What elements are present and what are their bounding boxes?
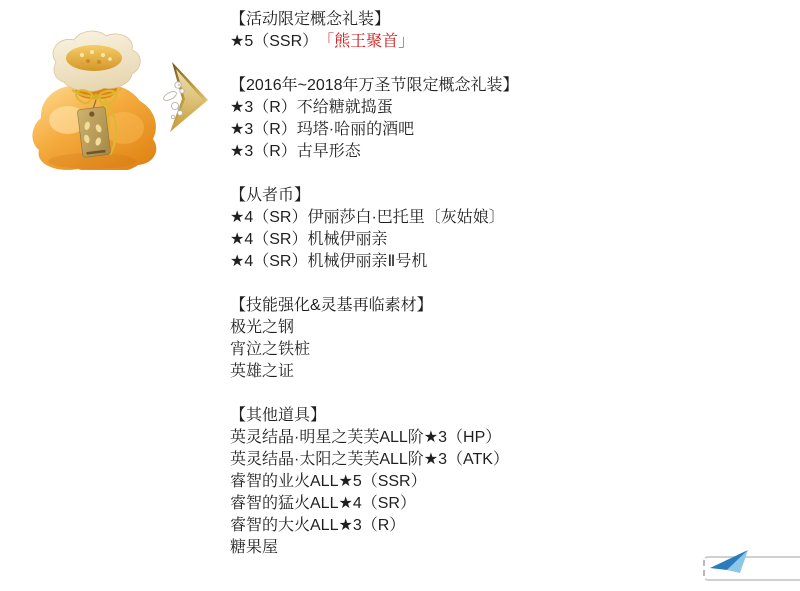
item-text: 极光之钢 bbox=[230, 319, 294, 336]
blue-cursor-arrow-icon bbox=[706, 548, 750, 575]
item-text: 睿智的大火ALL★3（R） bbox=[230, 517, 405, 534]
item-text: ★4（SR）机械伊丽亲Ⅱ号机 bbox=[230, 253, 427, 270]
page: 【活动限定概念礼装】★5（SSR） 「熊王聚首」【2016年~2018年万圣节限… bbox=[0, 0, 800, 591]
item-text: ★5（SSR） bbox=[230, 33, 326, 50]
gold-chevron-right-icon bbox=[162, 60, 212, 134]
item-line: ★3（R）玛塔·哈丽的酒吧 bbox=[230, 119, 650, 141]
item-text: ★3（R）玛塔·哈丽的酒吧 bbox=[230, 121, 414, 138]
section-header: 【2016年~2018年万圣节限定概念礼装】 bbox=[230, 75, 650, 97]
item-line: 英灵结晶·太阳之芙芙ALL阶★3（ATK） bbox=[230, 449, 650, 471]
item-text: 英雄之证 bbox=[230, 363, 294, 380]
item-text: ★4（SR）伊丽莎白·巴托里〔灰姑娘〕 bbox=[230, 209, 505, 226]
item-text: 睿智的猛火ALL★4（SR） bbox=[230, 495, 416, 512]
item-section: 【技能强化&灵基再临素材】极光之钢宵泣之铁桩英雄之证 bbox=[230, 295, 650, 383]
item-text: ★3（R）不给糖就捣蛋 bbox=[230, 99, 393, 116]
item-section: 【活动限定概念礼装】★5（SSR） 「熊王聚首」 bbox=[230, 9, 650, 53]
item-line: ★5（SSR） 「熊王聚首」 bbox=[230, 31, 650, 53]
item-text: 宵泣之铁桩 bbox=[230, 341, 310, 358]
item-text-highlighted: 「熊王聚首」 bbox=[326, 33, 414, 50]
item-list: 【活动限定概念礼装】★5（SSR） 「熊王聚首」【2016年~2018年万圣节限… bbox=[230, 9, 650, 581]
item-line: 英雄之证 bbox=[230, 361, 650, 383]
item-line: ★4（SR）机械伊丽亲 bbox=[230, 229, 650, 251]
item-line: 睿智的猛火ALL★4（SR） bbox=[230, 493, 650, 515]
item-line: ★4（SR）伊丽莎白·巴托里〔灰姑娘〕 bbox=[230, 207, 650, 229]
item-line: 睿智的业火ALL★5（SSR） bbox=[230, 471, 650, 493]
item-text: 英灵结晶·明星之芙芙ALL阶★3（HP） bbox=[230, 429, 501, 446]
item-line: 极光之钢 bbox=[230, 317, 650, 339]
section-header: 【活动限定概念礼装】 bbox=[230, 9, 650, 31]
item-section: 【其他道具】英灵结晶·明星之芙芙ALL阶★3（HP）英灵结晶·太阳之芙芙ALL阶… bbox=[230, 405, 650, 559]
item-text: 睿智的业火ALL★5（SSR） bbox=[230, 473, 427, 490]
item-text: 英灵结晶·太阳之芙芙ALL阶★3（ATK） bbox=[230, 451, 509, 468]
candy-bag-icon bbox=[26, 28, 164, 170]
item-line: 宵泣之铁桩 bbox=[230, 339, 650, 361]
item-line: ★4（SR）机械伊丽亲Ⅱ号机 bbox=[230, 251, 650, 273]
section-header: 【从者币】 bbox=[230, 185, 650, 207]
item-section: 【2016年~2018年万圣节限定概念礼装】★3（R）不给糖就捣蛋★3（R）玛塔… bbox=[230, 75, 650, 163]
item-line: ★3（R）古早形态 bbox=[230, 141, 650, 163]
item-text: ★4（SR）机械伊丽亲 bbox=[230, 231, 387, 248]
item-section: 【从者币】★4（SR）伊丽莎白·巴托里〔灰姑娘〕★4（SR）机械伊丽亲★4（SR… bbox=[230, 185, 650, 273]
item-text: ★3（R）古早形态 bbox=[230, 143, 361, 160]
item-text: 糖果屋 bbox=[230, 539, 278, 556]
section-header: 【其他道具】 bbox=[230, 405, 650, 427]
section-header: 【技能强化&灵基再临素材】 bbox=[230, 295, 650, 317]
item-line: 英灵结晶·明星之芙芙ALL阶★3（HP） bbox=[230, 427, 650, 449]
item-line: ★3（R）不给糖就捣蛋 bbox=[230, 97, 650, 119]
item-line: 睿智的大火ALL★3（R） bbox=[230, 515, 650, 537]
item-line: 糖果屋 bbox=[230, 537, 650, 559]
